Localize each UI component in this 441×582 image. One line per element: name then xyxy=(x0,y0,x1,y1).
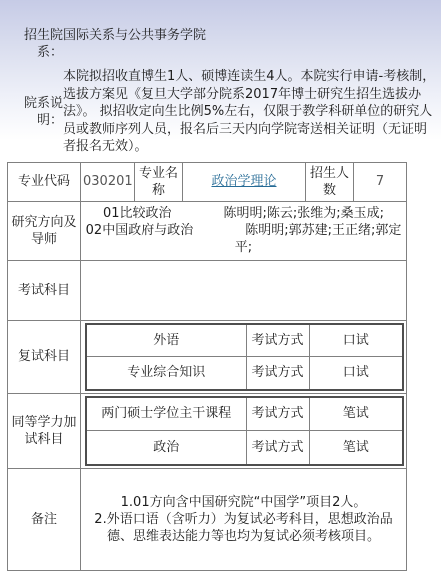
equivalent-mode-label: 考试方式 xyxy=(246,431,309,465)
admission-dept-value: 国际关系与公共事务学院 xyxy=(63,27,206,44)
major-code-value: 030201 xyxy=(81,162,135,201)
dept-description-text: 本院拟招收直博生1人、硕博连读生4人。本院实行申请-考核制，选拔方案见《复旦大学… xyxy=(63,68,437,156)
direction-line: 01比较政治 陈明明;陈云;张维为;桑玉成; xyxy=(83,205,404,222)
quota-label: 招生人数 xyxy=(306,162,354,201)
table-row-exam-subjects: 考试科目 xyxy=(8,260,407,320)
table-row-remark: 备注 1.01方向含中国研究院“中国学”项目2人。 2.外语口语（含听力）为复试… xyxy=(8,468,407,570)
equivalent-subject: 两门硕士学位主干课程 xyxy=(86,397,246,431)
table-row-equivalent: 同等学力加试科目 两门硕士学位主干课程 考试方式 笔试 政治 xyxy=(8,393,407,468)
retest-row: 外语 考试方式 口试 xyxy=(86,324,403,357)
major-name-label: 专业名称 xyxy=(135,162,183,201)
dept-description-label: 院系说明： xyxy=(21,95,63,129)
directions-label: 研究方向及导师 xyxy=(8,201,81,260)
major-code-label: 专业代码 xyxy=(8,162,81,201)
major-name-cell: 政治学理论 xyxy=(183,162,306,201)
retest-mode-value: 口试 xyxy=(309,324,403,357)
equivalent-row: 两门硕士学位主干课程 考试方式 笔试 xyxy=(86,397,403,431)
header-section: 招生院系： 国际关系与公共事务学院 院系说明： 本院拟招收直博生1人、硕博连读生… xyxy=(0,0,441,156)
admission-table: 专业代码 030201 专业名称 政治学理论 招生人数 7 研究方向及导师 01… xyxy=(7,162,407,571)
retest-label: 复试科目 xyxy=(8,320,81,393)
admission-dept-label: 招生院系： xyxy=(21,27,63,61)
exam-subjects-value xyxy=(81,260,407,320)
retest-nested-cell: 外语 考试方式 口试 专业综合知识 考试方式 口试 xyxy=(81,320,407,393)
table-row-directions: 研究方向及导师 01比较政治 陈明明;陈云;张维为;桑玉成; 02中国政府与政治… xyxy=(8,201,407,260)
quota-value: 7 xyxy=(354,162,407,201)
equivalent-mode-value: 笔试 xyxy=(309,397,403,431)
major-name-link[interactable]: 政治学理论 xyxy=(211,174,276,189)
equivalent-mode-label: 考试方式 xyxy=(246,397,309,431)
retest-mode-label: 考试方式 xyxy=(246,324,309,357)
equivalent-nested-cell: 两门硕士学位主干课程 考试方式 笔试 政治 考试方式 笔试 xyxy=(81,393,407,468)
equivalent-label: 同等学力加试科目 xyxy=(8,393,81,468)
remark-cell: 1.01方向含中国研究院“中国学”项目2人。 2.外语口语（含听力）为复试必考科… xyxy=(81,468,407,570)
admission-dept-row: 招生院系： 国际关系与公共事务学院 xyxy=(21,27,437,61)
retest-mode-label: 考试方式 xyxy=(246,357,309,390)
equivalent-table: 两门硕士学位主干课程 考试方式 笔试 政治 考试方式 笔试 xyxy=(85,396,404,466)
direction-line: 02中国政府与政治 陈明明;郭苏建;王正绪;郭定平; xyxy=(83,222,404,256)
equivalent-mode-value: 笔试 xyxy=(309,431,403,465)
directions-cell: 01比较政治 陈明明;陈云;张维为;桑玉成; 02中国政府与政治 陈明明;郭苏建… xyxy=(81,201,407,260)
remark-line: 2.外语口语（含听力）为复试必考科目，思想政治品德、思维表达能力等也均为复试必须… xyxy=(83,511,404,545)
equivalent-subject: 政治 xyxy=(86,431,246,465)
retest-row: 专业综合知识 考试方式 口试 xyxy=(86,357,403,390)
table-row-major: 专业代码 030201 专业名称 政治学理论 招生人数 7 xyxy=(8,162,407,201)
equivalent-row: 政治 考试方式 笔试 xyxy=(86,431,403,465)
retest-subject: 专业综合知识 xyxy=(86,357,246,390)
exam-subjects-label: 考试科目 xyxy=(8,260,81,320)
remark-label: 备注 xyxy=(8,468,81,570)
retest-mode-value: 口试 xyxy=(309,357,403,390)
retest-table: 外语 考试方式 口试 专业综合知识 考试方式 口试 xyxy=(85,323,404,391)
dept-description-row: 院系说明： 本院拟招收直博生1人、硕博连读生4人。本院实行申请-考核制，选拔方案… xyxy=(21,68,437,156)
retest-subject: 外语 xyxy=(86,324,246,357)
remark-line: 1.01方向含中国研究院“中国学”项目2人。 xyxy=(83,494,404,511)
table-row-retest: 复试科目 外语 考试方式 口试 专业综合知识 考试方式 xyxy=(8,320,407,393)
page-background: 招生院系： 国际关系与公共事务学院 院系说明： 本院拟招收直博生1人、硕博连读生… xyxy=(0,0,441,582)
